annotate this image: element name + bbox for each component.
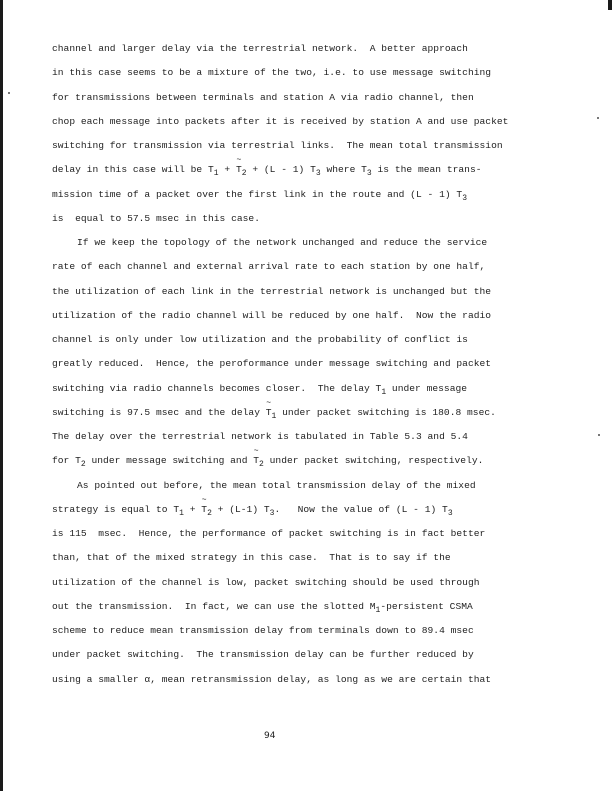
scan-speck	[597, 117, 599, 119]
text-line: utilization of the radio channel will be…	[52, 310, 491, 322]
page-number: 94	[264, 731, 275, 741]
text-line: out the transmission. In fact, we can us…	[52, 601, 473, 613]
text-line: chop each message into packets after it …	[52, 116, 508, 128]
text-line: switching for transmission via terrestri…	[52, 140, 503, 152]
text-line: greatly reduced. Hence, the peroformance…	[52, 358, 491, 370]
text-line: delay in this case will be T1 + T2 + (L …	[52, 164, 482, 176]
document-page: channel and larger delay via the terrest…	[0, 0, 612, 791]
scan-speck	[598, 434, 600, 436]
text-line: strategy is equal to T1 + T2 + (L-1) T3.…	[52, 504, 453, 516]
text-line: channel is only under low utilization an…	[52, 334, 468, 346]
text-line: channel and larger delay via the terrest…	[52, 43, 468, 55]
text-line: switching is 97.5 msec and the delay T1 …	[52, 407, 496, 419]
text-line: for T2 under message switching and T2 un…	[52, 455, 483, 467]
text-line: the utilization of each link in the terr…	[52, 286, 491, 298]
text-line: The delay over the terrestrial network i…	[52, 431, 468, 443]
text-line: for transmissions between terminals and …	[52, 92, 474, 104]
text-line: If we keep the topology of the network u…	[77, 237, 487, 249]
text-line: in this case seems to be a mixture of th…	[52, 67, 491, 79]
text-line: under packet switching. The transmission…	[52, 649, 474, 661]
text-line: rate of each channel and external arriva…	[52, 261, 485, 273]
scan-speck	[8, 92, 10, 94]
scan-left-border	[0, 0, 3, 791]
text-line: switching via radio channels becomes clo…	[52, 383, 467, 395]
text-line: using a smaller α, mean retransmission d…	[52, 674, 491, 686]
text-line: scheme to reduce mean transmission delay…	[52, 625, 474, 637]
text-line: As pointed out before, the mean total tr…	[77, 480, 476, 492]
text-line: than, that of the mixed strategy in this…	[52, 552, 451, 564]
text-line: is 115 msec. Hence, the performance of p…	[52, 528, 485, 540]
text-line: is equal to 57.5 msec in this case.	[52, 213, 260, 225]
text-line: utilization of the channel is low, packe…	[52, 577, 480, 589]
scan-right-mark	[608, 0, 612, 10]
text-line: mission time of a packet over the first …	[52, 189, 467, 201]
